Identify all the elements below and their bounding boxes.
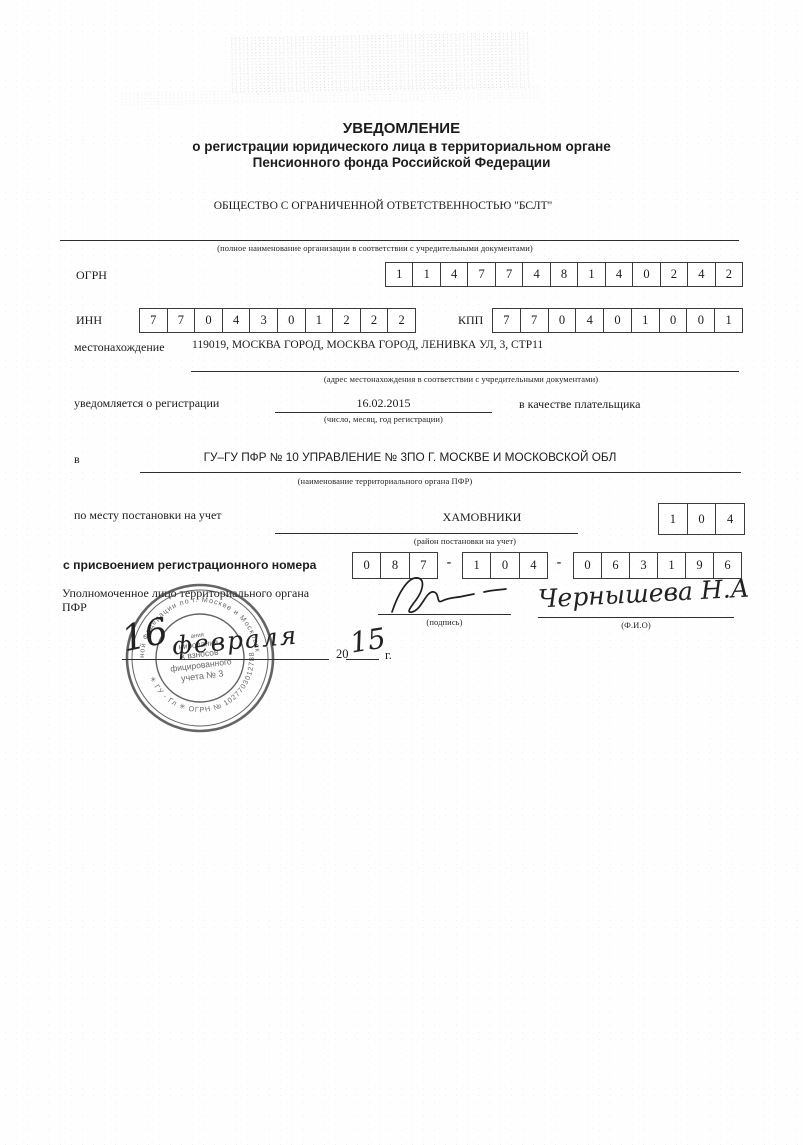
digit-cell: 7	[520, 309, 548, 332]
digit-cell: 8	[550, 263, 577, 286]
digit-cell: 6	[601, 553, 629, 578]
ogrn-label: ОГРН	[76, 268, 107, 283]
registration-label: уведомляется о регистрации	[74, 396, 219, 411]
digit-cell: 2	[715, 263, 742, 286]
digit-cell: 4	[440, 263, 467, 286]
territorial-value: ГУ–ГУ ПФР № 10 УПРАВЛЕНИЕ № 3ПО Г. МОСКВ…	[140, 450, 680, 464]
digit-cell: 1	[386, 263, 412, 286]
digit-cell: 2	[660, 263, 687, 286]
payer-suffix: в качестве плательщика	[519, 397, 640, 412]
digit-cell: 0	[353, 553, 380, 578]
digit-cell: 1	[305, 309, 333, 332]
document-title: УВЕДОМЛЕНИЕ	[0, 120, 803, 137]
inn-digit-boxes: 7704301222	[139, 308, 416, 333]
digit-cell: 4	[687, 263, 714, 286]
handwritten-year: 15	[348, 621, 388, 659]
digit-cell: 7	[167, 309, 195, 332]
reg-number-dash1: -	[438, 555, 460, 571]
signature-underline	[378, 614, 511, 615]
digit-cell: 0	[277, 309, 305, 332]
digit-cell: 2	[332, 309, 360, 332]
date-underline	[122, 659, 329, 660]
registration-date-underline	[275, 412, 492, 413]
digit-cell: 4	[519, 553, 547, 578]
official-label-line2: ПФР	[62, 600, 87, 614]
digit-cell: 0	[574, 553, 601, 578]
territorial-caption: (наименование территориального органа ПФ…	[140, 476, 630, 486]
digit-cell: 0	[687, 504, 716, 534]
signature-caption: (подпись)	[378, 617, 511, 627]
scanned-document-page: УВЕДОМЛЕНИЕ о регистрации юридического л…	[0, 0, 803, 1145]
digit-cell: 4	[575, 309, 603, 332]
digit-cell: 4	[715, 504, 744, 534]
kpp-label: КПП	[458, 313, 483, 328]
digit-cell: 0	[686, 309, 714, 332]
digit-cell: 9	[685, 553, 713, 578]
reg-number-label: с присвоением регистрационного номера	[63, 558, 316, 572]
district-underline	[275, 533, 578, 534]
digit-cell: 0	[603, 309, 631, 332]
digit-cell: 1	[657, 553, 685, 578]
reg-number-dash2: -	[548, 555, 570, 571]
district-label: по месту постановки на учет	[74, 508, 222, 523]
digit-cell: 1	[714, 309, 742, 332]
digit-cell: 0	[194, 309, 222, 332]
kpp-digit-boxes: 770401001	[492, 308, 743, 333]
digit-cell: 0	[548, 309, 576, 332]
fio-caption: (Ф.И.О)	[538, 620, 734, 630]
org-name-caption: (полное наименование организации в соотв…	[60, 243, 690, 253]
digit-cell: 0	[632, 263, 659, 286]
district-code-boxes: 104	[658, 503, 745, 535]
digit-cell: 7	[467, 263, 494, 286]
digit-cell: 0	[659, 309, 687, 332]
digit-cell: 1	[412, 263, 439, 286]
signature-handwriting	[378, 570, 518, 618]
org-name-underline	[60, 240, 739, 241]
registration-date-caption: (число, месяц, год регистрации)	[275, 414, 492, 424]
scan-noise-blotch	[230, 31, 531, 92]
fio-underline	[538, 617, 734, 618]
year-underline	[346, 659, 379, 660]
location-label: местонахождение	[74, 340, 165, 355]
organization-name: ОБЩЕСТВО С ОГРАНИЧЕННОЙ ОТВЕТСТВЕННОСТЬЮ…	[60, 200, 706, 212]
document-title-line2: о регистрации юридического лица в террит…	[0, 139, 803, 154]
district-caption: (район постановки на учет)	[275, 536, 655, 546]
territorial-label: в	[74, 452, 80, 467]
scan-noise-streak	[120, 84, 540, 105]
digit-cell: 4	[605, 263, 632, 286]
digit-cell: 1	[577, 263, 604, 286]
digit-cell: 7	[495, 263, 522, 286]
location-caption: (адрес местонахождения в соответствии с …	[191, 374, 731, 384]
location-underline	[191, 371, 739, 372]
digit-cell: 3	[629, 553, 657, 578]
ogrn-digit-boxes: 1147748140242	[385, 262, 743, 287]
year-suffix: г.	[385, 648, 392, 663]
digit-cell: 1	[631, 309, 659, 332]
inn-label: ИНН	[76, 313, 102, 328]
location-value: 119019, МОСКВА ГОРОД, МОСКВА ГОРОД, ЛЕНИ…	[192, 339, 543, 351]
digit-cell: 3	[249, 309, 277, 332]
territorial-underline	[140, 472, 741, 473]
document-title-line3: Пенсионного фонда Российской Федерации	[0, 155, 803, 170]
digit-cell: 2	[387, 309, 415, 332]
digit-cell: 4	[222, 309, 250, 332]
digit-cell: 7	[493, 309, 520, 332]
digit-cell: 7	[140, 309, 167, 332]
district-value: ХАМОВНИКИ	[275, 510, 689, 525]
registration-date: 16.02.2015	[275, 396, 492, 411]
digit-cell: 4	[522, 263, 549, 286]
digit-cell: 1	[659, 504, 687, 534]
digit-cell: 2	[360, 309, 388, 332]
